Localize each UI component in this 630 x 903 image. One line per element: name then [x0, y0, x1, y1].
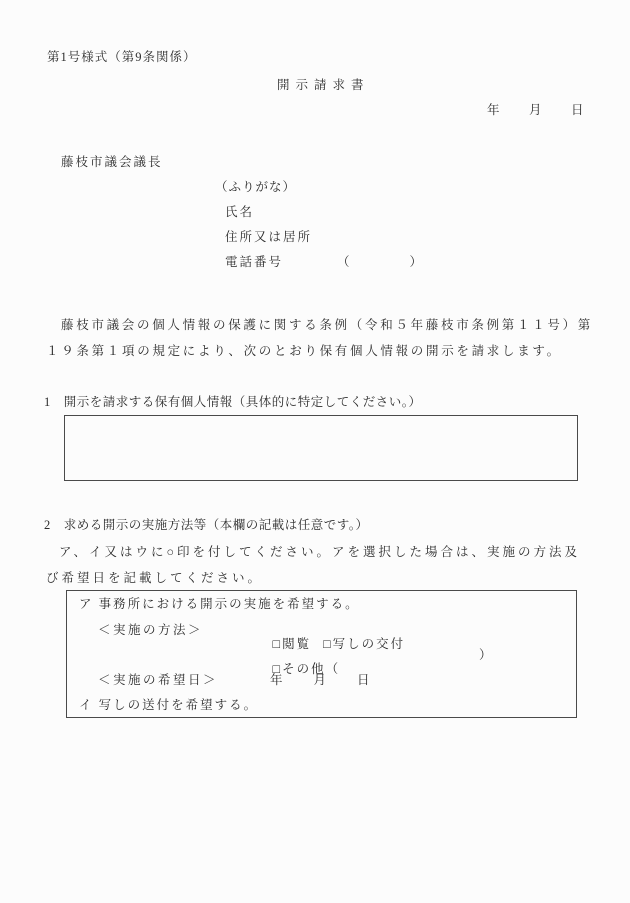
address-label: 住所又は居所: [225, 230, 312, 244]
name-label: 氏名: [225, 205, 254, 219]
body-paragraph-line1: 藤枝市議会の個人情報の保護に関する条例（令和５年藤枝市条例第１１号）第: [61, 318, 593, 332]
date-fill-line[interactable]: 年 月 日: [487, 103, 585, 117]
phone-label: 電話番号: [225, 255, 283, 269]
option-a-office-disclosure[interactable]: ア 事務所における開示の実施を希望する。: [79, 597, 360, 611]
desired-date-label: ＜実施の希望日＞: [98, 673, 218, 687]
section2-note-line1: ア、イ又はウに○印を付してください。アを選択した場合は、実施の方法及: [59, 545, 580, 559]
section1-heading: 1 開示を請求する保有個人情報（具体的に特定してください。）: [44, 395, 422, 409]
phone-fill-parens[interactable]: （ ）: [337, 255, 424, 269]
body-paragraph-line2: １９条第１項の規定により、次のとおり保有個人情報の開示を請求します。: [46, 344, 562, 358]
option-b-copy-mailing[interactable]: イ 写しの送付を希望する。: [79, 698, 258, 712]
form-number: 第1号様式（第9条関係）: [47, 50, 197, 64]
method-label: ＜実施の方法＞: [98, 623, 203, 637]
label-other-close-paren: ）: [479, 648, 494, 662]
furigana-label: （ふりがな）: [215, 180, 296, 194]
section2-heading: 2 求める開示の実施方法等（本欄の記載は任意です。）: [44, 518, 369, 532]
document-page: 第1号様式（第9条関係） 開示請求書 年 月 日 藤枝市議会議長 （ふりがな） …: [0, 0, 630, 903]
document-title: 開示請求書: [277, 78, 370, 92]
label-copy-delivery: 写しの交付: [333, 637, 406, 651]
desired-date-fill-line[interactable]: 年 月 日: [270, 673, 372, 687]
section2-note-line2: び希望日を記載してください。: [46, 571, 263, 585]
requested-information-entry-box[interactable]: [64, 415, 578, 481]
addressee-label: 藤枝市議会議長: [61, 155, 163, 169]
